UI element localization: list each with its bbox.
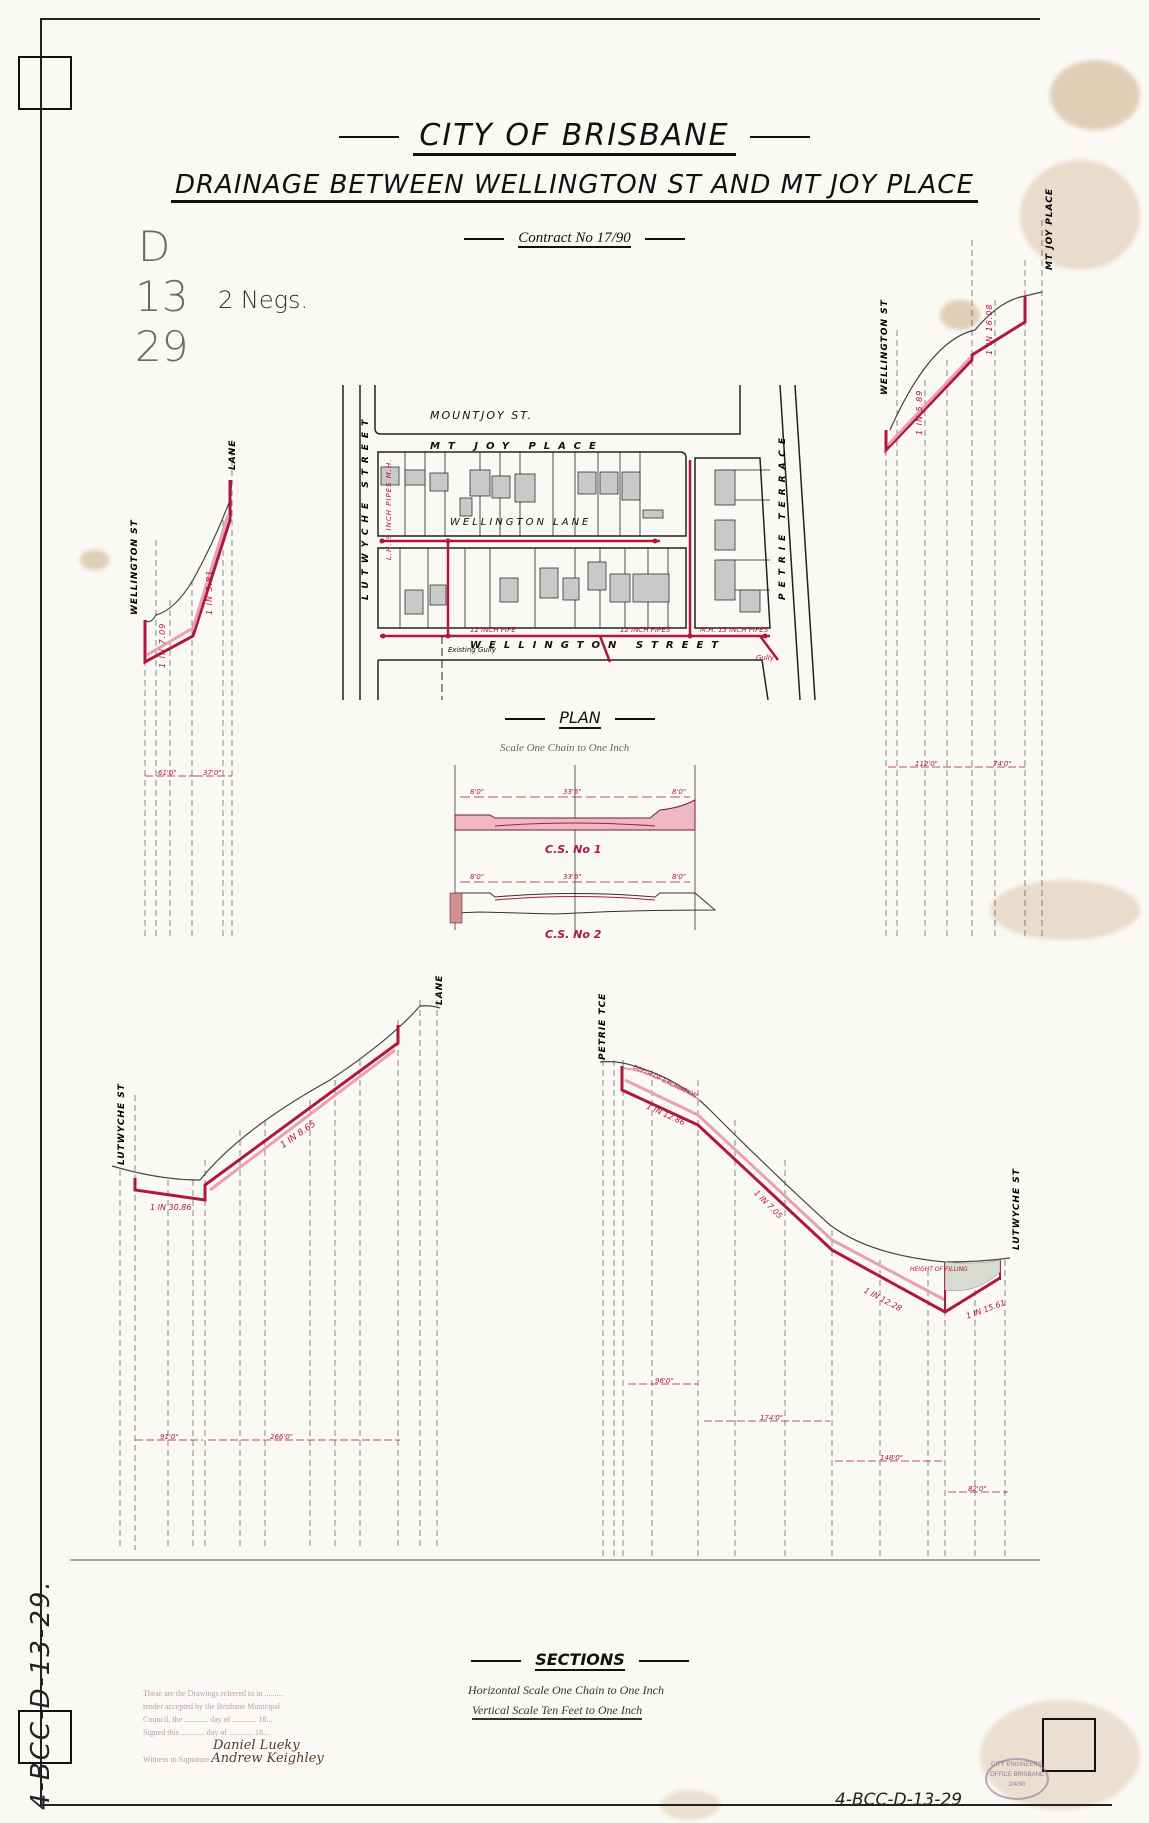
street-label-mountjoy: MOUNTJOY ST. — [430, 409, 533, 422]
street-label-mt-joy-place: MT JOY PLACE — [430, 441, 604, 452]
office-stamp: CITY ENGINEER'S OFFICE BRISBANE 2/4/90 — [985, 1758, 1049, 1800]
street-label-wellington-street: WELLINGTON STREET — [470, 640, 726, 651]
profile-bottom-left — [112, 1000, 440, 1550]
tr-gradient-1: 1 IN 5.89 — [915, 390, 924, 435]
tl-street: WELLINGTON ST — [130, 519, 140, 615]
cs2-width-right: 8'0" — [672, 873, 686, 881]
tender-block: These are the Drawings referred to in ..… — [143, 1687, 383, 1766]
br-distance-4: 82'0" — [968, 1485, 987, 1493]
tl-end: LANE — [228, 440, 238, 470]
reference-vertical: 4-BCC-D-13-29. — [26, 1579, 56, 1810]
stamp-text: CITY ENGINEER'S OFFICE BRISBANE — [987, 1760, 1047, 1780]
tender-line: These are the Drawings referred to in ..… — [143, 1687, 383, 1700]
cross-section-2-label: C.S. No 2 — [545, 928, 601, 941]
signature: Andrew Keighley — [211, 1751, 323, 1766]
tl-gradient-1: 1 IN 7.09 — [158, 623, 167, 668]
tr-end: MT JOY PLACE — [1045, 188, 1055, 270]
plan-annotation: M.H. 15 INCH PIPES — [700, 626, 768, 634]
cs1-width-left: 8'0" — [470, 788, 484, 796]
tl-gradient-2: 1 IN 3.81 — [205, 570, 214, 615]
sections-title: SECTIONS — [420, 1650, 740, 1669]
bl-gradient-1: 1 IN 30.86 — [150, 1203, 191, 1212]
stamp-date: 2/4/90 — [987, 1780, 1047, 1790]
profile-top-left — [145, 440, 232, 940]
plan-title: PLAN — [440, 708, 720, 727]
bl-distance-1: 91'0" — [160, 1433, 179, 1441]
bl-distance-2: 266'0" — [270, 1433, 293, 1441]
tr-street: WELLINGTON ST — [880, 299, 890, 395]
tl-distance-2: 37'0" — [203, 769, 222, 777]
cs2-width-left: 8'0" — [470, 873, 484, 881]
horizontal-scale: Horizontal Scale One Chain to One Inch — [468, 1683, 664, 1698]
br-street-start: PETRIE TCE — [598, 993, 608, 1060]
reference-bottom: 4-BCC-D-13-29 — [835, 1790, 962, 1810]
plan-annotation: 12 INCH PIPES — [620, 626, 670, 634]
plan-annotation: L.H. 9 INCH PIPES M.H. — [385, 458, 393, 560]
vertical-scale: Vertical Scale Ten Feet to One Inch — [472, 1703, 642, 1720]
tl-distance-1: 61'0" — [158, 769, 177, 777]
profile-top-right — [886, 220, 1042, 940]
street-label-petrie: PETRIE TERRACE — [778, 432, 788, 600]
plan-annotation: Existing Gully — [448, 646, 496, 654]
br-distance-1: 96'0" — [655, 1377, 674, 1385]
tender-line: Council, the ............ day of .......… — [143, 1713, 383, 1726]
br-note-filling: HEIGHT OF FILLING — [910, 1266, 968, 1273]
drawing-linework — [0, 0, 1149, 1823]
street-label-wellington-lane: WELLINGTON LANE — [450, 517, 591, 528]
cross-section-1-label: C.S. No 1 — [545, 843, 601, 856]
drawing-sheet: CITY OF BRISBANE DRAINAGE BETWEEN WELLIN… — [0, 0, 1149, 1823]
tender-line: tender accepted by the Brisbane Municipa… — [143, 1700, 383, 1713]
cs1-width-center: 33'6" — [563, 788, 582, 796]
br-street-end: LUTWYCHE ST — [1012, 1168, 1022, 1250]
plan-scale: Scale One Chain to One Inch — [500, 742, 629, 754]
street-label-lutwyche: LUTWYCHE STREET — [361, 414, 371, 600]
plan-annotation: 12 INCH PIPE — [470, 626, 516, 634]
plan-annotation: Gully — [756, 654, 774, 662]
tr-gradient-2: 1 IN 16.08 — [985, 304, 994, 355]
br-distance-2: 174'0" — [760, 1414, 783, 1422]
bl-end: LANE — [435, 975, 445, 1005]
cs2-width-center: 33'6" — [563, 873, 582, 881]
profile-bottom-right — [600, 1060, 1010, 1560]
cs1-width-right: 8'0" — [672, 788, 686, 796]
br-distance-3: 148'0" — [880, 1454, 903, 1462]
tr-distance-1: 112'0" — [915, 760, 938, 768]
witness-label: Witness to Signature — [143, 1755, 209, 1764]
plan-map — [343, 385, 815, 700]
bl-street: LUTWYCHE ST — [117, 1083, 127, 1165]
tr-distance-2: 74'0" — [993, 760, 1012, 768]
